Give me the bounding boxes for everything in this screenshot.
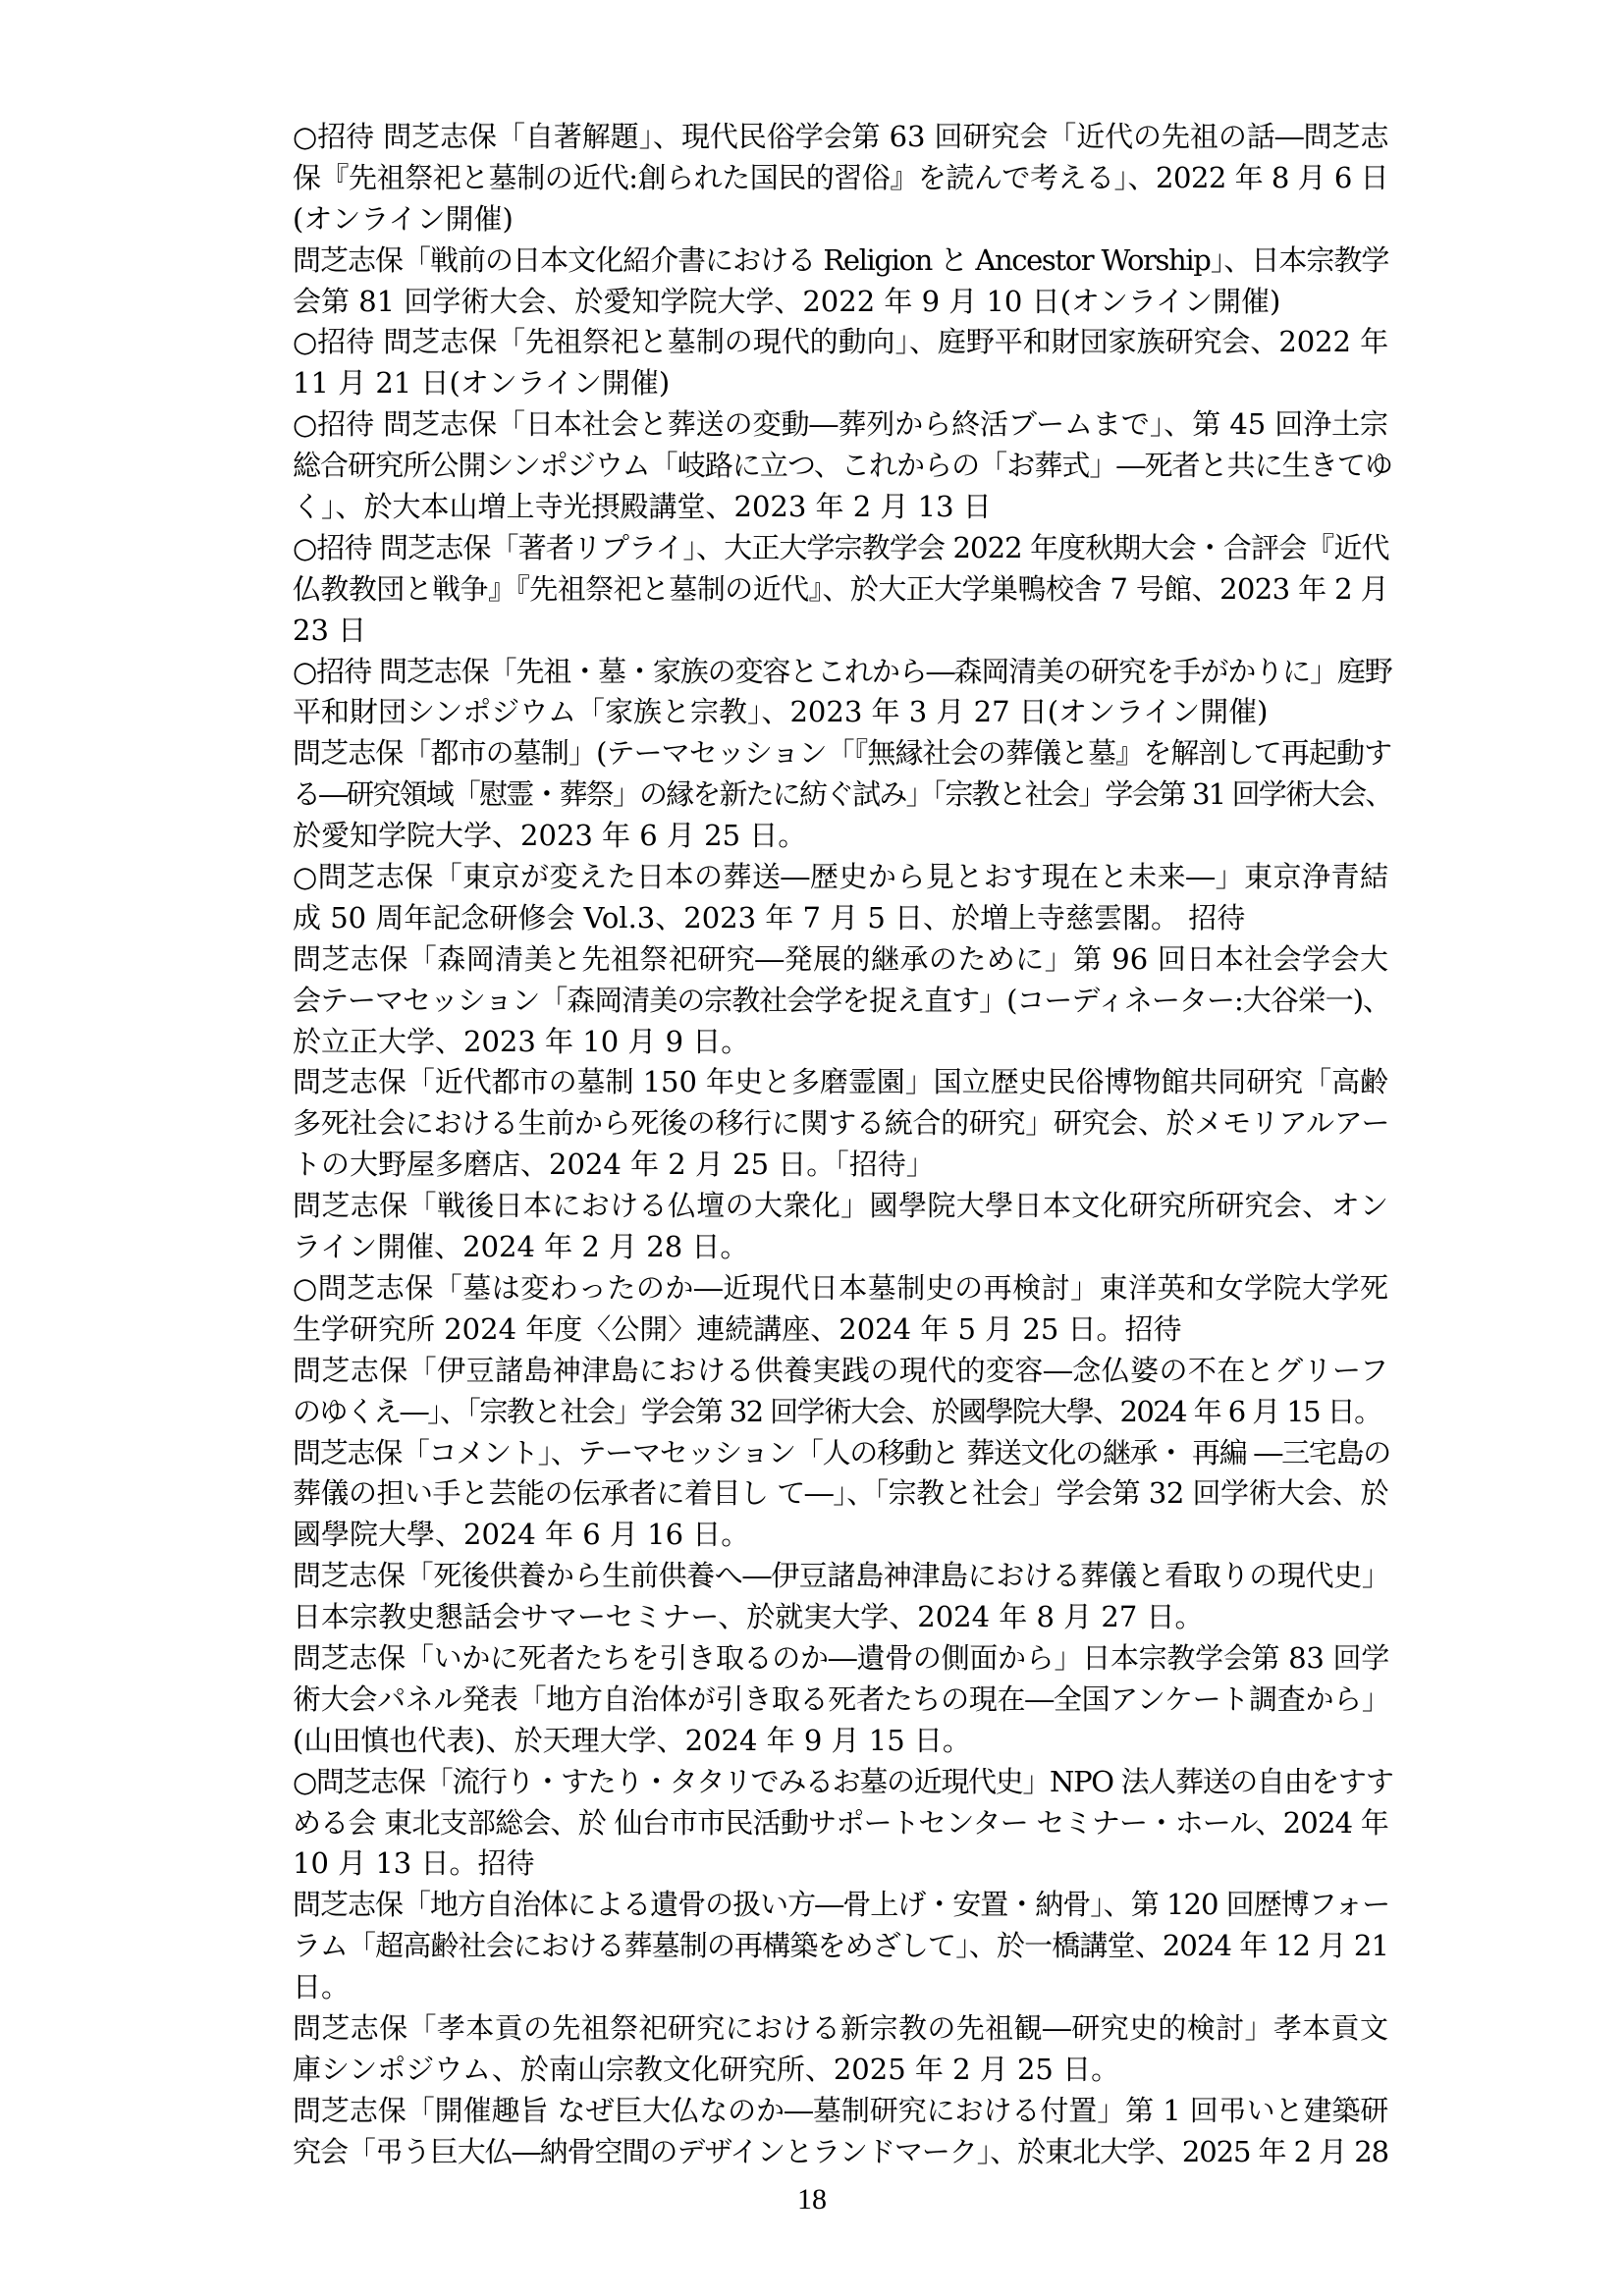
presentation-entry: 問芝志保「近代都市の墓制 150 年史と多磨霊園」国立歴史民俗博物館共同研究「高… <box>293 1062 1388 1186</box>
entry-line: 國學院大學、2024 年 6 月 16 日。 <box>293 1515 1388 1556</box>
entry-line: ラム「超高齢社会における葬墓制の再構築をめざして」、於一橋講堂、2024 年 1… <box>293 1926 1388 1967</box>
entry-line: 問芝志保「いかに死者たちを引き取るのか―遺骨の側面から」日本宗教学会第 83 回… <box>293 1638 1388 1680</box>
entry-line: 問芝志保「近代都市の墓制 150 年史と多磨霊園」国立歴史民俗博物館共同研究「高… <box>293 1062 1388 1103</box>
entry-line: ○招待 問芝志保「先祖祭祀と墓制の現代的動向」、庭野平和財団家族研究会、2022… <box>293 322 1388 363</box>
entry-line: ○招待 問芝志保「先祖・墓・家族の変容とこれから―森岡清美の研究を手がかりに」庭… <box>293 652 1388 693</box>
presentation-entry: ○招待 問芝志保「著者リプライ」、大正大学宗教学会 2022 年度秋期大会・合評… <box>293 528 1388 652</box>
entry-line: 問芝志保「森岡清美と先祖祭祀研究―発展的継承のために」第 96 回日本社会学会大 <box>293 939 1388 981</box>
entry-line: 於立正大学、2023 年 10 月 9 日。 <box>293 1022 1388 1063</box>
entry-line: 問芝志保「地方自治体による遺骨の扱い方―骨上げ・安置・納骨」、第 120 回歴博… <box>293 1885 1388 1926</box>
page-number: 18 <box>0 2183 1624 2216</box>
presentation-entry: 問芝志保「地方自治体による遺骨の扱い方―骨上げ・安置・納骨」、第 120 回歴博… <box>293 1885 1388 2008</box>
presentation-entry: 問芝志保「戦後日本における仏壇の大衆化」國學院大學日本文化研究所研究会、オンライ… <box>293 1186 1388 1268</box>
entry-line: く」、於大本山増上寺光摂殿講堂、2023 年 2 月 13 日 <box>293 487 1388 528</box>
presentation-entry: 問芝志保「森岡清美と先祖祭祀研究―発展的継承のために」第 96 回日本社会学会大… <box>293 939 1388 1063</box>
entry-line: 問芝志保「死後供養から生前供養へ―伊豆諸島神津島における葬儀と看取りの現代史」 <box>293 1556 1388 1597</box>
presentation-entry: 問芝志保「戦前の日本文化紹介書における Religion と Ancestor … <box>293 240 1388 323</box>
presentation-entry: 問芝志保「伊豆諸島神津島における供養実践の現代的変容―念仏婆の不在とグリーフのゆ… <box>293 1351 1388 1433</box>
entry-line: 多死社会における生前から死後の移行に関する統合的研究」研究会、於メモリアルアー <box>293 1103 1388 1145</box>
entry-line: 23 日 <box>293 611 1388 652</box>
entry-line: 生学研究所 2024 年度〈公開〉連続講座、2024 年 5 月 25 日。招待 <box>293 1309 1388 1351</box>
presentation-list: ○招待 問芝志保「自著解題」、現代民俗学会第 63 回研究会「近代の先祖の話―問… <box>293 117 1388 2173</box>
entry-line: 問芝志保「孝本貢の先祖祭祀研究における新宗教の先祖観―研究史的検討」孝本貢文 <box>293 2008 1388 2050</box>
entry-line: める会 東北支部総会、於 仙台市市民活動サポートセンター セミナー・ホール、20… <box>293 1803 1388 1844</box>
entry-line: 10 月 13 日。招待 <box>293 1843 1388 1885</box>
presentation-entry: 問芝志保「開催趣旨 なぜ巨大仏なのか―墓制研究における付置」第 1 回弔いと建築… <box>293 2091 1388 2173</box>
entry-line: トの大野屋多磨店、2024 年 2 月 25 日。「招待」 <box>293 1145 1388 1186</box>
entry-line: 成 50 周年記念研修会 Vol.3、2023 年 7 月 5 日、於増上寺慈雲… <box>293 898 1388 939</box>
entry-line: 日。 <box>293 1967 1388 2008</box>
entry-line: ライン開催、2024 年 2 月 28 日。 <box>293 1227 1388 1268</box>
presentation-entry: 問芝志保「孝本貢の先祖祭祀研究における新宗教の先祖観―研究史的検討」孝本貢文庫シ… <box>293 2008 1388 2091</box>
presentation-entry: ○問芝志保「東京が変えた日本の葬送―歴史から見とおす現在と未来―」東京浄青結成 … <box>293 857 1388 939</box>
entry-line: 究会「弔う巨大仏―納骨空間のデザインとランドマーク」、於東北大学、2025 年 … <box>293 2132 1388 2173</box>
entry-line: 平和財団シンポジウム「家族と宗教」、2023 年 3 月 27 日(オンライン開… <box>293 692 1388 733</box>
presentation-entry: ○招待 問芝志保「先祖祭祀と墓制の現代的動向」、庭野平和財団家族研究会、2022… <box>293 322 1388 404</box>
entry-line: 庫シンポジウム、於南山宗教文化研究所、2025 年 2 月 25 日。 <box>293 2050 1388 2091</box>
presentation-entry: 問芝志保「コメント」、テーマセッション「人の移動と 葬送文化の継承・ 再編 ―三… <box>293 1433 1388 1557</box>
presentation-entry: ○問芝志保「流行り・すたり・タタリでみるお墓の近現代史」NPO 法人葬送の自由を… <box>293 1762 1388 1886</box>
entry-line: 会第 81 回学術大会、於愛知学院大学、2022 年 9 月 10 日(オンライ… <box>293 282 1388 323</box>
presentation-entry: ○招待 問芝志保「日本社会と葬送の変動―葬列から終活ブームまで」、第 45 回浄… <box>293 404 1388 528</box>
entry-line: 於愛知学院大学、2023 年 6 月 25 日。 <box>293 816 1388 857</box>
entry-line: ○招待 問芝志保「著者リプライ」、大正大学宗教学会 2022 年度秋期大会・合評… <box>293 528 1388 569</box>
presentation-entry: ○招待 問芝志保「自著解題」、現代民俗学会第 63 回研究会「近代の先祖の話―問… <box>293 117 1388 240</box>
entry-line: 問芝志保「開催趣旨 なぜ巨大仏なのか―墓制研究における付置」第 1 回弔いと建築… <box>293 2091 1388 2132</box>
presentation-entry: 問芝志保「死後供養から生前供養へ―伊豆諸島神津島における葬儀と看取りの現代史」日… <box>293 1556 1388 1638</box>
entry-line: 問芝志保「戦前の日本文化紹介書における Religion と Ancestor … <box>293 240 1388 282</box>
entry-line: 問芝志保「伊豆諸島神津島における供養実践の現代的変容―念仏婆の不在とグリーフ <box>293 1351 1388 1392</box>
presentation-entry: ○招待 問芝志保「先祖・墓・家族の変容とこれから―森岡清美の研究を手がかりに」庭… <box>293 652 1388 734</box>
entry-line: 11 月 21 日(オンライン開催) <box>293 363 1388 404</box>
entry-line: る―研究領域「慰霊・葬祭」の縁を新たに紡ぐ試み」「宗教と社会」学会第 31 回学… <box>293 774 1388 816</box>
entry-line: ○問芝志保「墓は変わったのか―近現代日本墓制史の再検討」東洋英和女学院大学死 <box>293 1268 1388 1309</box>
entry-line: 会テーマセッション「森岡清美の宗教社会学を捉え直す」(コーディネーター:大谷栄一… <box>293 981 1388 1022</box>
entry-line: 保『先祖祭祀と墓制の近代:創られた国民的習俗』を読んで考える」、2022 年 8… <box>293 158 1388 199</box>
document-page: ○招待 問芝志保「自著解題」、現代民俗学会第 63 回研究会「近代の先祖の話―問… <box>0 0 1624 2296</box>
entry-line: ○招待 問芝志保「自著解題」、現代民俗学会第 63 回研究会「近代の先祖の話―問… <box>293 117 1388 158</box>
entry-line: 問芝志保「コメント」、テーマセッション「人の移動と 葬送文化の継承・ 再編 ―三… <box>293 1433 1388 1474</box>
presentation-entry: ○問芝志保「墓は変わったのか―近現代日本墓制史の再検討」東洋英和女学院大学死生学… <box>293 1268 1388 1351</box>
entry-line: (山田慎也代表)、於天理大学、2024 年 9 月 15 日。 <box>293 1721 1388 1762</box>
entry-line: 問芝志保「都市の墓制」(テーマセッション「『無縁社会の葬儀と墓』を解剖して再起動… <box>293 733 1388 774</box>
entry-line: ○問芝志保「流行り・すたり・タタリでみるお墓の近現代史」NPO 法人葬送の自由を… <box>293 1762 1388 1803</box>
entry-line: 仏教教団と戦争』『先祖祭祀と墓制の近代』、於大正大学巣鴨校舎 7 号館、2023… <box>293 569 1388 611</box>
entry-line: (オンライン開催) <box>293 199 1388 240</box>
entry-line: 術大会パネル発表「地方自治体が引き取る死者たちの現在―全国アンケート調査から」 <box>293 1680 1388 1721</box>
entry-line: 葬儀の担い手と芸能の伝承者に着目し て―」、「宗教と社会」学会第 32 回学術大… <box>293 1473 1388 1515</box>
entry-line: 総合研究所公開シンポジウム「岐路に立つ、これからの「お葬式」―死者と共に生きてゆ <box>293 446 1388 487</box>
entry-line: 問芝志保「戦後日本における仏壇の大衆化」國學院大學日本文化研究所研究会、オン <box>293 1186 1388 1227</box>
entry-line: ○問芝志保「東京が変えた日本の葬送―歴史から見とおす現在と未来―」東京浄青結 <box>293 857 1388 898</box>
entry-line: ○招待 問芝志保「日本社会と葬送の変動―葬列から終活ブームまで」、第 45 回浄… <box>293 404 1388 446</box>
entry-line: 日本宗教史懇話会サマーセミナー、於就実大学、2024 年 8 月 27 日。 <box>293 1597 1388 1638</box>
presentation-entry: 問芝志保「いかに死者たちを引き取るのか―遺骨の側面から」日本宗教学会第 83 回… <box>293 1638 1388 1762</box>
entry-line: のゆくえ―」、「宗教と社会」学会第 32 回学術大会、於國學院大學、2024 年… <box>293 1392 1388 1433</box>
presentation-entry: 問芝志保「都市の墓制」(テーマセッション「『無縁社会の葬儀と墓』を解剖して再起動… <box>293 733 1388 857</box>
